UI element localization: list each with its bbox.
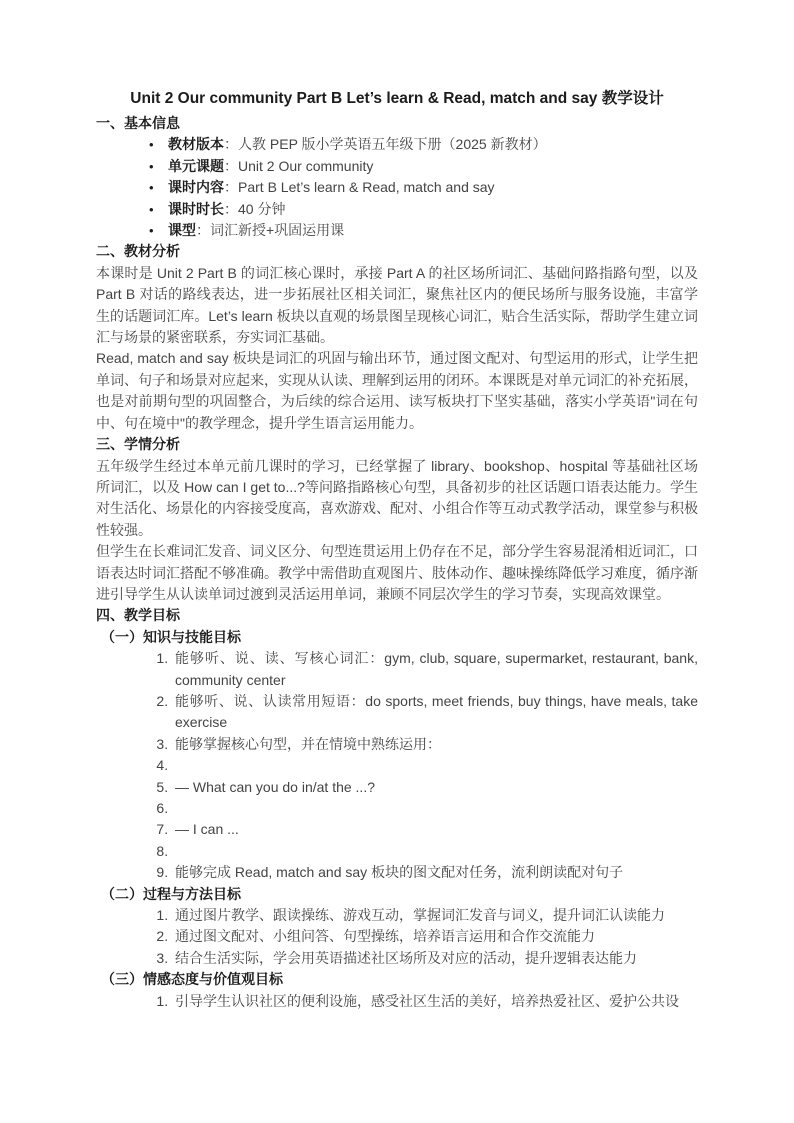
- item-value: ：Unit 2 Our community: [224, 158, 373, 174]
- objective-item: [172, 841, 698, 862]
- list-item: 课时时长：40 分钟: [96, 199, 698, 220]
- subsection-heading-affect-values: （三）情感态度与价值观目标: [96, 969, 698, 990]
- knowledge-skills-list: 能够听、说、读、写核心词汇：gym, club, square, superma…: [96, 648, 698, 883]
- objective-item: 通过图片教学、跟读操练、游戏互动，掌握词汇发音与词义，提升词汇认读能力: [172, 905, 698, 926]
- list-item: 单元课题：Unit 2 Our community: [96, 156, 698, 177]
- objective-item: 能够听、说、读、写核心词汇：gym, club, square, superma…: [172, 648, 698, 691]
- list-item: 教材版本：人教 PEP 版小学英语五年级下册（2025 新教材）: [96, 134, 698, 155]
- paragraph: 本课时是 Unit 2 Part B 的词汇核心课时，承接 Part A 的社区…: [96, 263, 698, 349]
- section-heading-basic-info: 一、基本信息: [96, 113, 698, 134]
- item-label: 课时内容: [168, 179, 224, 195]
- item-value: ：人教 PEP 版小学英语五年级下册（2025 新教材）: [224, 136, 547, 152]
- objective-item: 能够听、说、认读常用短语：do sports, meet friends, bu…: [172, 691, 698, 734]
- basic-info-list: 教材版本：人教 PEP 版小学英语五年级下册（2025 新教材） 单元课题：Un…: [96, 134, 698, 241]
- process-methods-list: 通过图片教学、跟读操练、游戏互动，掌握词汇发音与词义，提升词汇认读能力 通过图文…: [96, 905, 698, 969]
- objective-item: 能够掌握核心句型，并在情境中熟练运用：: [172, 734, 698, 755]
- list-item: 课时内容：Part B Let’s learn & Read, match an…: [96, 177, 698, 198]
- item-value: ：40 分钟: [224, 201, 285, 217]
- page-title: Unit 2 Our community Part B Let’s learn …: [96, 88, 698, 110]
- affect-values-list: 引导学生认识社区的便利设施，感受社区生活的美好，培养热爱社区、爱护公共设: [96, 991, 698, 1012]
- objective-item: 引导学生认识社区的便利设施，感受社区生活的美好，培养热爱社区、爱护公共设: [172, 991, 698, 1012]
- section-heading-material-analysis: 二、教材分析: [96, 241, 698, 262]
- section-heading-learner-analysis: 三、学情分析: [96, 434, 698, 455]
- item-label: 教材版本: [168, 136, 224, 152]
- objective-item: — What can you do in/at the ...?: [172, 777, 698, 798]
- objective-item: 结合生活实际，学会用英语描述社区场所及对应的活动，提升逻辑表达能力: [172, 948, 698, 969]
- item-value: ：词汇新授+巩固运用课: [196, 222, 344, 238]
- objective-item: [172, 755, 698, 776]
- item-label: 单元课题: [168, 158, 224, 174]
- item-value: ：Part B Let’s learn & Read, match and sa…: [224, 179, 495, 195]
- paragraph: 但学生在长难词汇发音、词义区分、句型连贯运用上仍存在不足，部分学生容易混淆相近词…: [96, 541, 698, 605]
- section-heading-objectives: 四、教学目标: [96, 605, 698, 626]
- objective-item: 通过图文配对、小组问答、句型操练，培养语言运用和合作交流能力: [172, 926, 698, 947]
- objective-item: 能够完成 Read, match and say 板块的图文配对任务，流利朗读配…: [172, 862, 698, 883]
- document-page: Unit 2 Our community Part B Let’s learn …: [0, 0, 794, 1123]
- subsection-heading-process-methods: （二）过程与方法目标: [96, 884, 698, 905]
- paragraph: Read, match and say 板块是词汇的巩固与输出环节，通过图文配对…: [96, 348, 698, 434]
- list-item: 课型：词汇新授+巩固运用课: [96, 220, 698, 241]
- subsection-heading-knowledge-skills: （一）知识与技能目标: [96, 627, 698, 648]
- paragraph: 五年级学生经过本单元前几课时的学习，已经掌握了 library、bookshop…: [96, 456, 698, 542]
- item-label: 课型: [168, 222, 196, 238]
- objective-item: [172, 798, 698, 819]
- objective-item: — I can ...: [172, 819, 698, 840]
- item-label: 课时时长: [168, 201, 224, 217]
